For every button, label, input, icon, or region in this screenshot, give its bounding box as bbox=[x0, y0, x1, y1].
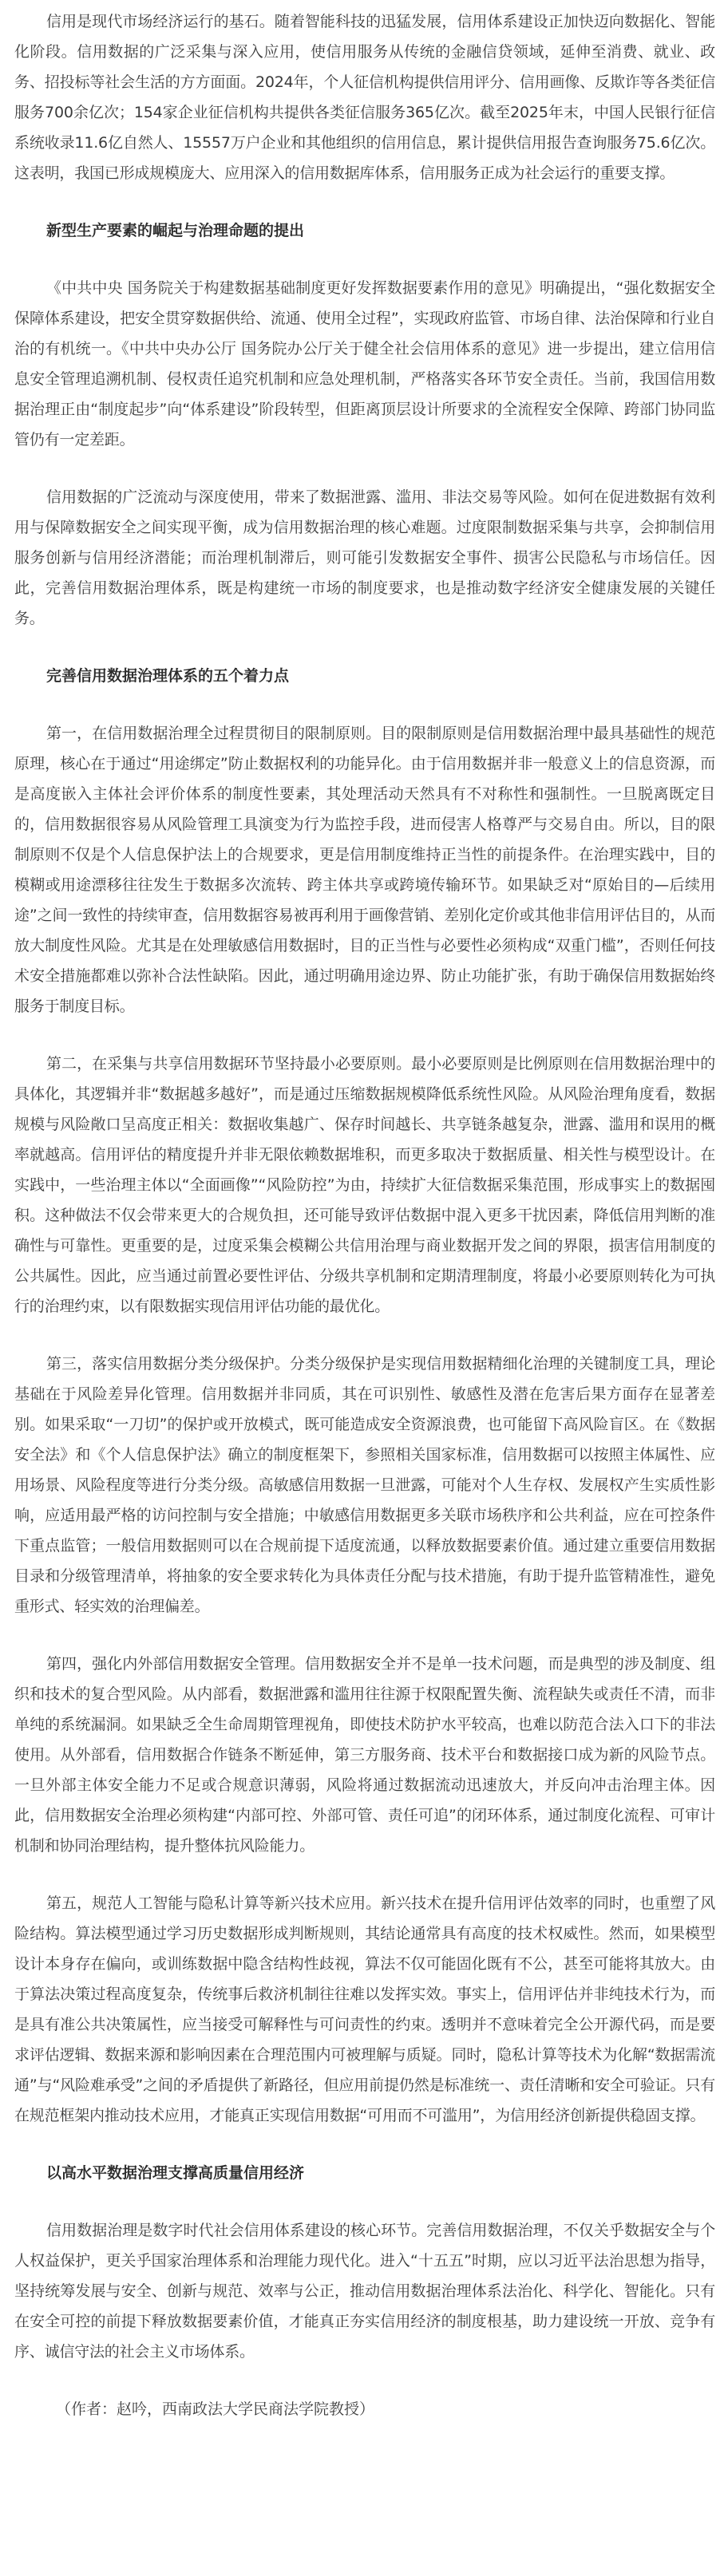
paragraph-point-five: 第五，规范人工智能与隐私计算等新兴技术应用。新兴技术在提升信用评估效率的同时，也… bbox=[14, 1888, 715, 2131]
paragraph-point-two: 第二，在采集与共享信用数据环节坚持最小必要原则。最小必要原则是比例原则在信用数据… bbox=[14, 1049, 715, 1322]
paragraph-point-one: 第一，在信用数据治理全过程贯彻目的限制原则。目的限制原则是信用数据治理中最具基础… bbox=[14, 718, 715, 1021]
section-heading-emergence: 新型生产要素的崛起与治理命题的提出 bbox=[46, 215, 715, 246]
author-byline: （作者：赵吟，西南政法大学民商法学院教授） bbox=[56, 2394, 715, 2424]
intro-paragraph: 信用是现代市场经济运行的基石。随着智能科技的迅猛发展，信用体系建设正加快迈向数据… bbox=[14, 6, 715, 188]
section-heading-five-focus-points: 完善信用数据治理体系的五个着力点 bbox=[46, 661, 715, 691]
paragraph-point-three: 第三，落实信用数据分类分级保护。分类分级保护是实现信用数据精细化治理的关键制度工… bbox=[14, 1349, 715, 1622]
paragraph-policy-documents: 《中共中央 国务院关于构建数据基础制度更好发挥数据要素作用的意见》明确提出，“强… bbox=[14, 273, 715, 455]
paragraph-conclusion: 信用数据治理是数字时代社会信用体系建设的核心环节。完善信用数据治理，不仅关乎数据… bbox=[14, 2215, 715, 2367]
article-body: 信用是现代市场经济运行的基石。随着智能科技的迅猛发展，信用体系建设正加快迈向数据… bbox=[0, 0, 728, 2444]
paragraph-core-challenge: 信用数据的广泛流动与深度使用，带来了数据泄露、滥用、非法交易等风险。如何在促进数… bbox=[14, 482, 715, 634]
paragraph-point-four: 第四，强化内外部信用数据安全管理。信用数据安全并不是单一技术问题，而是典型的涉及… bbox=[14, 1649, 715, 1861]
section-heading-high-quality-credit-economy: 以高水平数据治理支撑高质量信用经济 bbox=[46, 2158, 715, 2188]
